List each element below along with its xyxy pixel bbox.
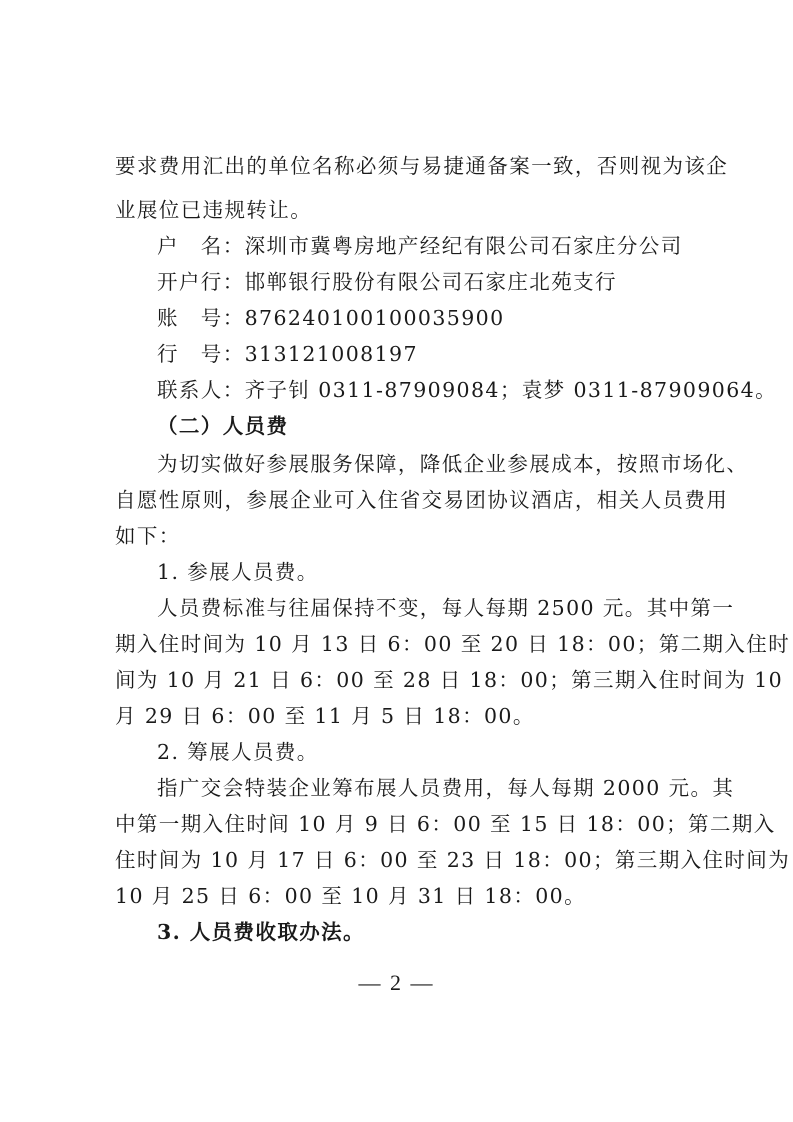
bank-code-line: 行 号：313121008197	[157, 336, 727, 372]
contact-line: 联系人：齐子钊 0311-87909084；袁梦 0311-87909064。	[157, 372, 727, 408]
paragraph-line: 要求费用汇出的单位名称必须与易捷通备案一致，否则视为该企	[115, 148, 685, 184]
paragraph-line: 中第一期入住时间 10 月 9 日 6：00 至 15 日 18：00；第二期入	[115, 806, 685, 842]
account-number-line: 账 号：876240100100035900	[157, 300, 727, 336]
paragraph-line: 业展位已违规转让。	[115, 192, 685, 228]
paragraph-line: 如下：	[115, 518, 685, 554]
paragraph-line: 自愿性原则，参展企业可入住省交易团协议酒店，相关人员费用	[115, 482, 685, 518]
document-page: 要求费用汇出的单位名称必须与易捷通备案一致，否则视为该企 业展位已违规转让。 户…	[0, 0, 793, 1122]
paragraph-line: 间为 10 月 21 日 6：00 至 28 日 18：00；第三期入住时间为 …	[115, 662, 685, 698]
paragraph-line: 为切实做好参展服务保障，降低企业参展成本，按照市场化、	[157, 446, 685, 482]
page-number: — 2 —	[0, 970, 793, 996]
account-name-line: 户 名：深圳市冀粤房地产经纪有限公司石家庄分公司	[157, 228, 727, 264]
subsection-heading: 2. 筹展人员费。	[157, 734, 727, 770]
paragraph-line: 月 29 日 6：00 至 11 月 5 日 18：00。	[115, 698, 685, 734]
paragraph-line: 10 月 25 日 6：00 至 10 月 31 日 18：00。	[115, 878, 685, 914]
subsection-heading: 1. 参展人员费。	[157, 554, 727, 590]
paragraph-line: 住时间为 10 月 17 日 6：00 至 23 日 18：00；第三期入住时间…	[115, 842, 685, 878]
paragraph-line: 期入住时间为 10 月 13 日 6：00 至 20 日 18：00；第二期入住…	[115, 626, 685, 662]
paragraph-line: 指广交会特装企业筹布展人员费用，每人每期 2000 元。其	[157, 770, 685, 806]
subsection-heading: 3. 人员费收取办法。	[157, 914, 727, 950]
section-heading: （二）人员费	[157, 408, 727, 444]
bank-line: 开户行：邯郸银行股份有限公司石家庄北苑支行	[157, 264, 727, 300]
paragraph-line: 人员费标准与往届保持不变，每人每期 2500 元。其中第一	[157, 590, 685, 626]
